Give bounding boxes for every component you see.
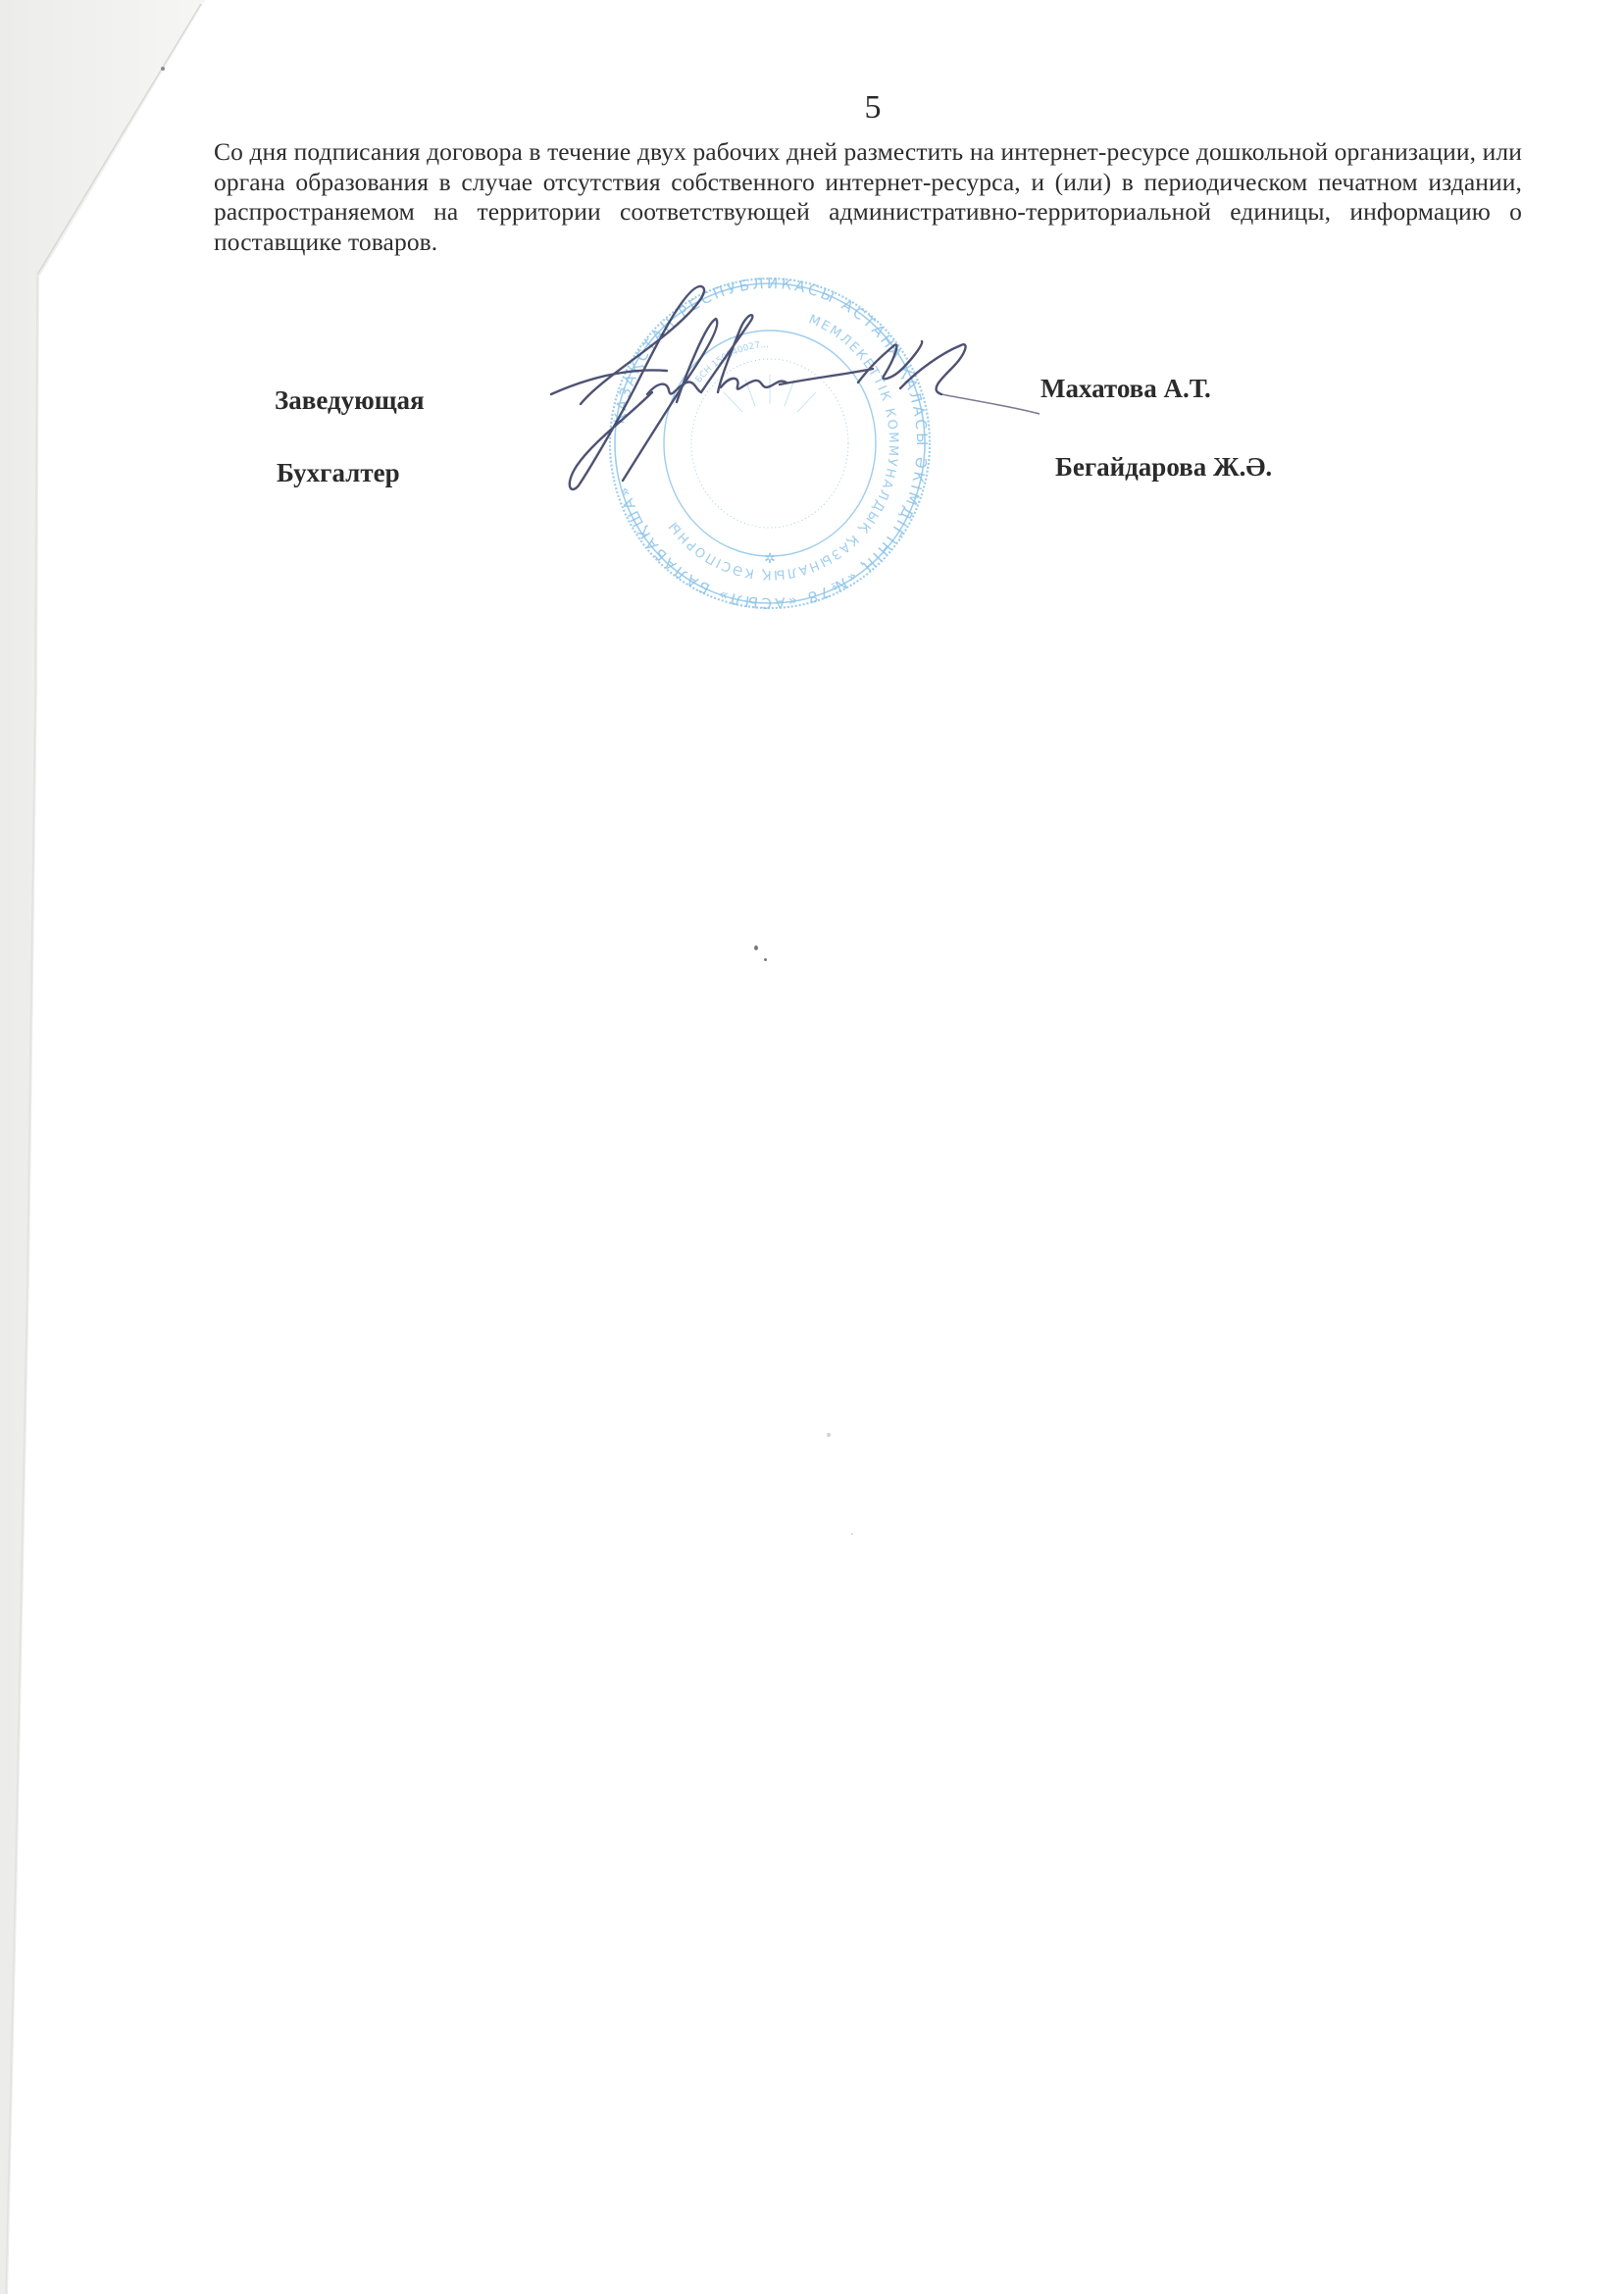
scan-speck — [754, 945, 758, 950]
stamp-middle-text: МЕМЛЕКЕТТІК КОММУНАЛДЫҚ ҚАЗЫНАЛЫҚ КӘСІПО… — [665, 312, 900, 582]
scan-speck — [764, 958, 767, 961]
stamp-inner-text: БСН 150840027... — [694, 340, 769, 385]
scanned-document-page: ​ 5 Со дня подписания договора в течение… — [0, 0, 1624, 2294]
signatory-name-accountant: Бегайдарова Ж.Ә. — [1055, 452, 1272, 482]
scan-speck — [851, 1533, 853, 1535]
signatory-name-head: Махатова А.Т. — [1040, 374, 1211, 403]
stamp-outer-text: ҚАЗАҚСТАН РЕСПУБЛИКАСЫ АСТАНА ҚАЛАСЫ ӘКІ… — [610, 277, 931, 610]
signatory-role-accountant: Бухгалтер — [277, 458, 400, 487]
page-number: 5 — [853, 90, 892, 126]
organization-seal-stamp: ҚАЗАҚСТАН РЕСПУБЛИКАСЫ АСТАНА ҚАЛАСЫ ӘКІ… — [608, 277, 932, 610]
signatory-role-head: Заведующая — [275, 385, 425, 415]
stamp-star-icon: ✲ — [764, 551, 776, 567]
handwritten-signature — [530, 284, 1040, 500]
scan-speck — [827, 1433, 831, 1437]
scan-background — [0, 0, 255, 2294]
contract-clause-paragraph: Со дня подписания договора в течение дву… — [214, 137, 1522, 257]
